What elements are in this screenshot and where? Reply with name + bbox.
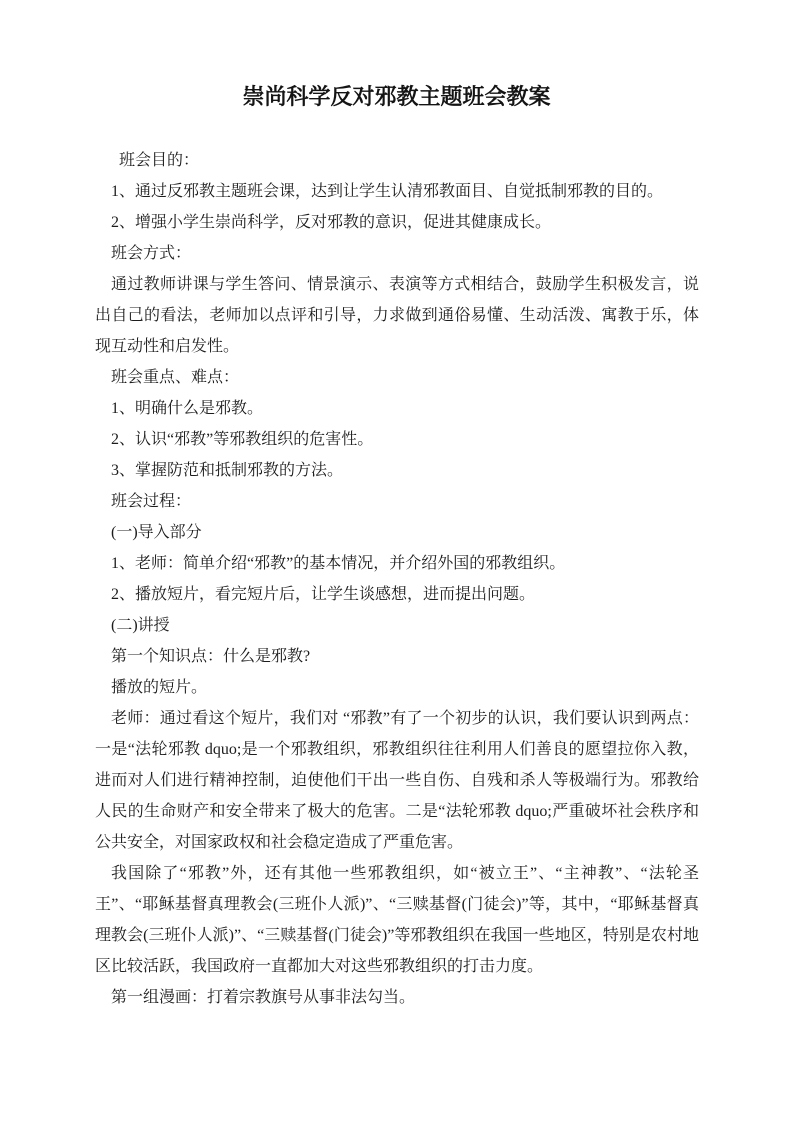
paragraph: 班会目的： (95, 145, 699, 176)
paragraph: 我国除了“邪教”外，还有其他一些邪教组织，如“被立王”、“主神教”、“法轮圣王”… (95, 858, 699, 982)
paragraph: 2、增强小学生崇尚科学，反对邪教的意识，促进其健康成长。 (95, 207, 699, 238)
document-body: 班会目的：1、通过反邪教主题班会课，达到让学生认清邪教面目、自觉抵制邪教的目的。… (95, 145, 699, 1013)
paragraph: 班会过程： (95, 486, 699, 517)
document-title: 崇尚科学反对邪教主题班会教案 (0, 84, 793, 110)
paragraph: 班会重点、难点： (95, 362, 699, 393)
paragraph: 第一组漫画：打着宗教旗号从事非法勾当。 (95, 982, 699, 1013)
paragraph: 2、播放短片，看完短片后，让学生谈感想，进而提出问题。 (95, 579, 699, 610)
document-page: 崇尚科学反对邪教主题班会教案 班会目的：1、通过反邪教主题班会课，达到让学生认清… (0, 0, 793, 1122)
paragraph: (一)导入部分 (95, 517, 699, 548)
paragraph: (二)讲授 (95, 610, 699, 641)
paragraph: 通过教师讲课与学生答问、情景演示、表演等方式相结合，鼓励学生积极发言，说出自己的… (95, 269, 699, 362)
paragraph: 第一个知识点：什么是邪教? (95, 641, 699, 672)
paragraph: 播放的短片。 (95, 672, 699, 703)
paragraph: 班会方式： (95, 238, 699, 269)
paragraph: 1、明确什么是邪教。 (95, 393, 699, 424)
paragraph: 1、老师：简单介绍“邪教”的基本情况，并介绍外国的邪教组织。 (95, 548, 699, 579)
paragraph: 3、掌握防范和抵制邪教的方法。 (95, 455, 699, 486)
paragraph: 2、认识“邪教”等邪教组织的危害性。 (95, 424, 699, 455)
paragraph: 1、通过反邪教主题班会课，达到让学生认清邪教面目、自觉抵制邪教的目的。 (95, 176, 699, 207)
paragraph: 老师：通过看这个短片，我们对 “邪教”有了一个初步的认识，我们要认识到两点：一是… (95, 703, 699, 858)
